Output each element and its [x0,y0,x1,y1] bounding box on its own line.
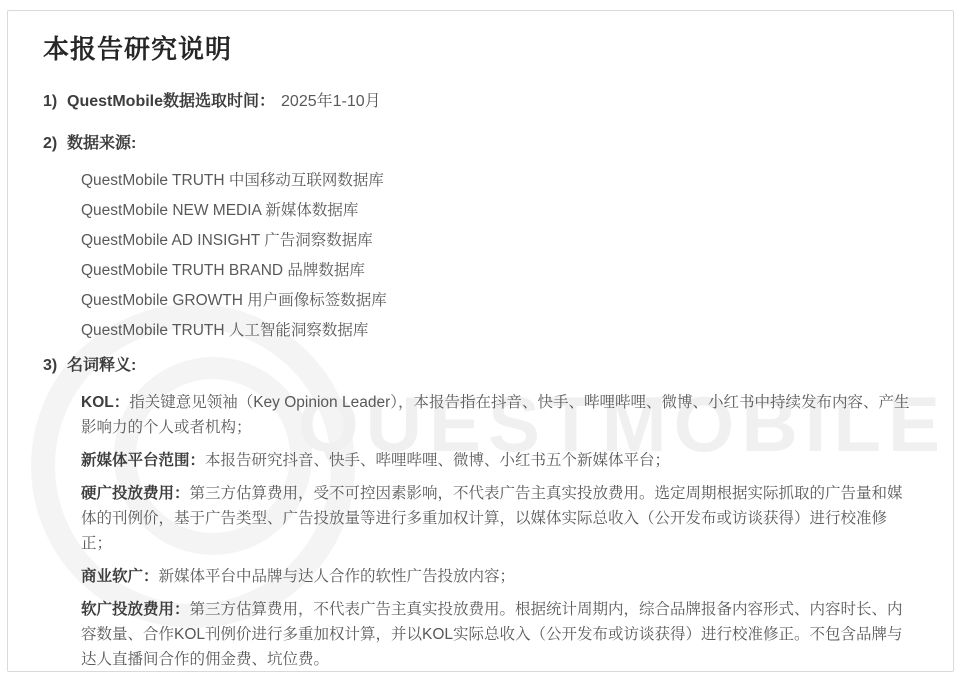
definition-text: 第三方估算费用，不代表广告主真实投放费用。根据统计周期内，综合品牌报备内容形式、… [81,601,903,668]
definition-platform-scope: 新媒体平台范围：本报告研究抖音、快手、哔哩哔哩、微博、小红书五个新媒体平台； [81,448,915,473]
section-label: QuestMobile数据选取时间： [67,92,275,112]
database-list: QuestMobile TRUTH 中国移动互联网数据库 QuestMobile… [81,166,915,346]
section-label: 数据来源: [67,134,136,154]
definitions-list: KOL：指关键意见领袖（Key Opinion Leader），本报告指在抖音、… [81,390,915,672]
section-definitions: 3) 名词释义: [43,356,915,376]
definition-hard-ad-cost: 硬广投放费用：第三方估算费用，受不可控因素影响，不代表广告主真实投放费用。选定周… [81,481,915,556]
definition-kol: KOL：指关键意见领袖（Key Opinion Leader），本报告指在抖音、… [81,390,915,440]
section-number: 2) [43,134,67,154]
definition-term: 新媒体平台范围： [81,452,205,469]
definition-text: 第三方估算费用，受不可控因素影响，不代表广告主真实投放费用。选定周期根据实际抓取… [81,485,903,552]
data-period-value: 2025年1-10月 [281,92,381,112]
definition-soft-ad-cost: 软广投放费用：第三方估算费用，不代表广告主真实投放费用。根据统计周期内，综合品牌… [81,597,915,672]
report-page-card: QUESTMOBILE 本报告研究说明 1) QuestMobile数据选取时间… [7,10,954,672]
report-content: 本报告研究说明 1) QuestMobile数据选取时间： 2025年1-10月… [8,11,953,672]
section-label: 名词释义: [67,356,136,376]
list-item: QuestMobile AD INSIGHT 广告洞察数据库 [81,226,915,256]
definition-term: 商业软广： [81,568,159,585]
list-item: QuestMobile TRUTH 中国移动互联网数据库 [81,166,915,196]
definition-text: 本报告研究抖音、快手、哔哩哔哩、微博、小红书五个新媒体平台； [205,452,670,469]
definition-text: 指关键意见领袖（Key Opinion Leader），本报告指在抖音、快手、哔… [81,394,909,436]
section-data-period: 1) QuestMobile数据选取时间： 2025年1-10月 [43,92,915,112]
list-item: QuestMobile TRUTH BRAND 品牌数据库 [81,256,915,286]
definition-text: 新媒体平台中品牌与达人合作的软性广告投放内容； [159,568,516,585]
definition-term: 软广投放费用： [81,601,190,618]
page-title: 本报告研究说明 [43,29,915,66]
section-number: 1) [43,92,67,112]
definition-term: KOL： [81,394,129,411]
definition-commercial-soft-ad: 商业软广：新媒体平台中品牌与达人合作的软性广告投放内容； [81,564,915,589]
list-item: QuestMobile TRUTH 人工智能洞察数据库 [81,316,915,346]
section-number: 3) [43,356,67,376]
list-item: QuestMobile GROWTH 用户画像标签数据库 [81,286,915,316]
definition-term: 硬广投放费用： [81,485,190,502]
section-data-sources: 2) 数据来源: [43,134,915,154]
list-item: QuestMobile NEW MEDIA 新媒体数据库 [81,196,915,226]
